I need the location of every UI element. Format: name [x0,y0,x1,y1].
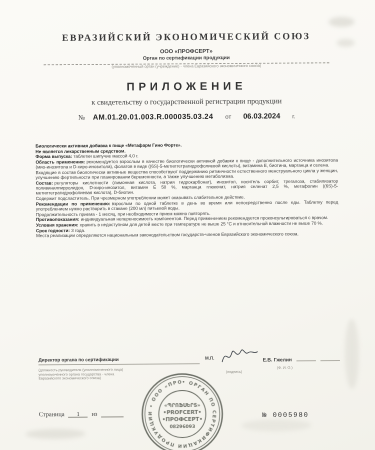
document-body: Биологически активная добавка к пище «Ме… [35,142,338,239]
blank-line [320,356,340,361]
signature-icon [220,345,259,368]
signer-position: Директор органа по сертификации [38,357,199,365]
signer-name-caption: (Ф. И. О.) [277,367,293,371]
certification-stamp: • ОРГАН ПО СЕРТИФИКАЦИИ ПРОДУКЦИИ • ООО … [140,372,225,450]
blank-line [296,356,316,361]
document-subtitle: к свидетельству о государственной регист… [0,96,374,108]
registration-number: AM.01.20.01.003.R.000035.03.24 [93,112,213,122]
union-title: ЕВРАЗИЙСКИЙ ЭКОНОМИЧЕСКИЙ СОЮЗ [0,32,374,45]
from-label: от [225,115,231,121]
stamp-line-number: 08296093 [170,424,196,430]
seal-place-label: М.П. [205,357,215,362]
signer-position-caption: (должность руководителя (уполномоченного… [39,368,129,381]
stamp-line-armenian: «ՊՐՈՖՍԵՐՏ» [164,403,200,409]
page-of-label: из [92,411,98,418]
certificate-appendix-document: ЕВРАЗИЙСКИЙ ЭКОНОМИЧЕСКИЙ СОЮЗ ООО «ПРОФ… [0,0,375,450]
stamp-line-cyrillic: •ПРОФСЕРТ• [162,417,203,423]
body-paragraph: Места реализации определяются национальн… [36,232,338,239]
registration-date: 06.03.2024 [243,111,280,120]
page-counter: Страница 1 из [39,410,124,417]
page-label: Страница [39,411,65,418]
registration-number-row: № AM.01.20.01.003.R.000035.03.24 от 06.0… [0,111,374,123]
year-label: г. [292,114,295,120]
page-current: 1 [68,411,88,417]
signature-caption: (подпись) [226,371,242,375]
body-paragraph: Состав:регуляторы кислотности (лимонная … [36,179,338,196]
scan-artifact [329,17,355,27]
form-number: № 0005980 [262,411,309,419]
org-role: Орган по сертификации продукции [0,54,374,62]
number-label: № [78,114,85,122]
page-total-blank [101,410,124,417]
document-title: ПРИЛОЖЕНИЕ [0,80,374,95]
scanned-page: ЕВРАЗИЙСКИЙ ЭКОНОМИЧЕСКИЙ СОЮЗ ООО «ПРОФ… [0,0,375,450]
stamp-line-latin: •PROFCERT• [163,410,202,416]
cert-body-block: ООО «ПРОФСЕРТ» Орган по сертификации про… [0,48,374,71]
scan-artifact [345,319,359,389]
scan-artifact [337,39,355,47]
signer-name: Е.В. Гжелин [263,356,340,363]
